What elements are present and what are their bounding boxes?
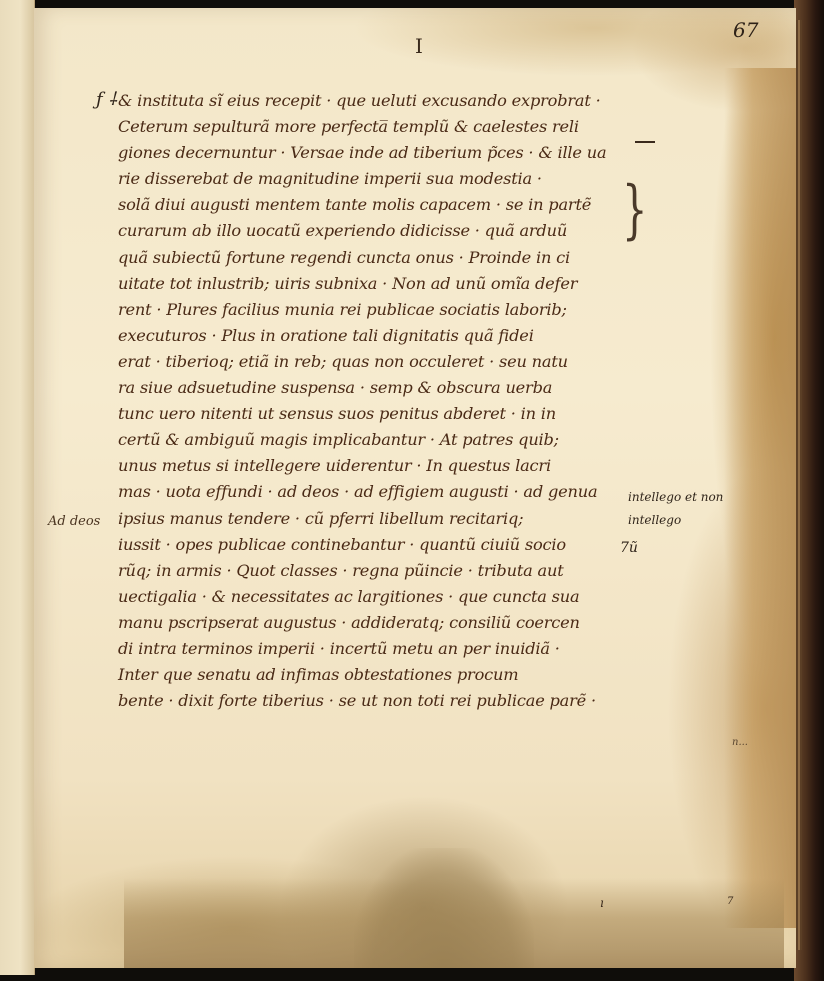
water-stain-right	[724, 68, 796, 928]
text-line: unus metus si intellegere uiderentur · I…	[118, 453, 638, 479]
text-line: bente · dixit forte tiberius · se ut non…	[118, 688, 638, 714]
text-line: ipsius manus tendere · cũ pferri libellu…	[118, 506, 638, 532]
marginal-note-faded: n...	[732, 737, 748, 748]
text-line: Ceterum sepulturã more perfecta̅ templũ …	[118, 114, 638, 140]
text-line: certũ & ambiguũ magis implicabantur · At…	[118, 427, 638, 453]
marginal-brace-icon: }	[622, 178, 647, 242]
text-line: giones decernuntur · Versae inde ad tibe…	[118, 140, 638, 166]
text-line: & instituta sĩ eius recepit · que ueluti…	[118, 88, 638, 114]
text-line: curarum ab illo uocatũ experiendo didici…	[118, 218, 638, 244]
marginal-note-number: 7ũ	[620, 540, 638, 556]
text-line: tunc uero nitenti ut sensus suos penitus…	[118, 401, 638, 427]
text-line: rũq; in armis · Quot classes · regna pũi…	[118, 558, 638, 584]
text-line: di intra terminos imperii · incertũ metu…	[118, 636, 638, 662]
text-line: executuros · Plus in oratione tali digni…	[118, 323, 638, 349]
text-line: quã subiectũ fortune regendi cuncta onus…	[118, 245, 638, 271]
bottom-number: 7	[727, 896, 733, 907]
manuscript-text-block: & instituta sĩ eius recepit · que ueluti…	[118, 88, 638, 714]
marginal-mark-left: ƒ ⸸	[96, 92, 117, 108]
text-line: ra siue adsuetudine suspensa · semp & ob…	[118, 375, 638, 401]
text-line: mas · uota effundi · ad deos · ad effigi…	[118, 479, 638, 505]
text-line: solã diui augusti mentem tante molis cap…	[118, 192, 638, 218]
text-line: uectigalia · & necessitates ac largition…	[118, 584, 638, 610]
text-line: erat · tiberioq; etiã in reb; quas non o…	[118, 349, 638, 375]
marginal-note-intellego-2: intellego	[628, 513, 681, 527]
text-line: rie disserebat de magnitudine imperii su…	[118, 166, 638, 192]
water-stain-center	[354, 848, 534, 968]
text-line: Inter que senatu ad infimas obtestatione…	[118, 662, 638, 688]
book-number: I	[415, 34, 423, 58]
text-line: rent · Plures facilius munia rei publica…	[118, 297, 638, 323]
marginal-dash	[635, 141, 655, 143]
text-line: iussit · opes publicae continebantur · q…	[118, 532, 638, 558]
text-line: uitate tot inlustrib; uiris subnixa · No…	[118, 271, 638, 297]
text-line: manu pscripserat augustus · addideratq; …	[118, 610, 638, 636]
facing-page-edge	[0, 0, 35, 975]
marginal-note-ad-deos: Ad deos	[48, 514, 100, 529]
bottom-ink-mark: ı	[600, 896, 604, 910]
folio-number: 67	[733, 18, 758, 42]
marginal-note-intellego-1: intellego et non	[628, 490, 723, 504]
